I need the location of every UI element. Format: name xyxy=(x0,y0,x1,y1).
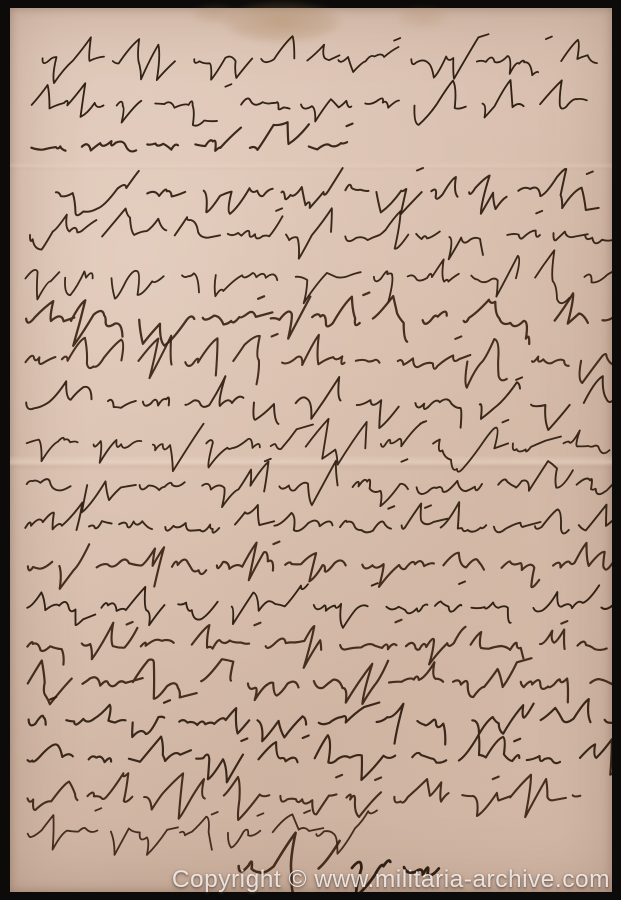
handwritten-line xyxy=(56,168,599,215)
handwritten-line xyxy=(30,208,612,259)
scanned-letter-photo: Copyright © www.militaria-archive.com xyxy=(0,0,621,900)
handwritten-line xyxy=(29,697,612,745)
handwriting-kurrent-script xyxy=(10,8,612,892)
handwritten-line xyxy=(28,735,612,782)
handwritten-line xyxy=(26,376,612,430)
handwritten-line xyxy=(27,419,610,472)
handwritten-line xyxy=(27,582,612,628)
copyright-watermark: Copyright © www.militaria-archive.com xyxy=(8,866,610,894)
handwritten-line xyxy=(28,542,612,589)
handwritten-line xyxy=(31,122,352,151)
handwritten-line xyxy=(25,502,612,533)
handwritten-line xyxy=(27,459,612,513)
handwritten-line xyxy=(43,34,597,83)
letter-paper: Copyright © www.militaria-archive.com xyxy=(10,8,612,892)
handwritten-line xyxy=(28,658,612,704)
handwritten-line xyxy=(32,80,587,126)
handwritten-line xyxy=(28,808,377,855)
handwritten-line xyxy=(25,250,612,303)
handwritten-line xyxy=(26,334,613,388)
